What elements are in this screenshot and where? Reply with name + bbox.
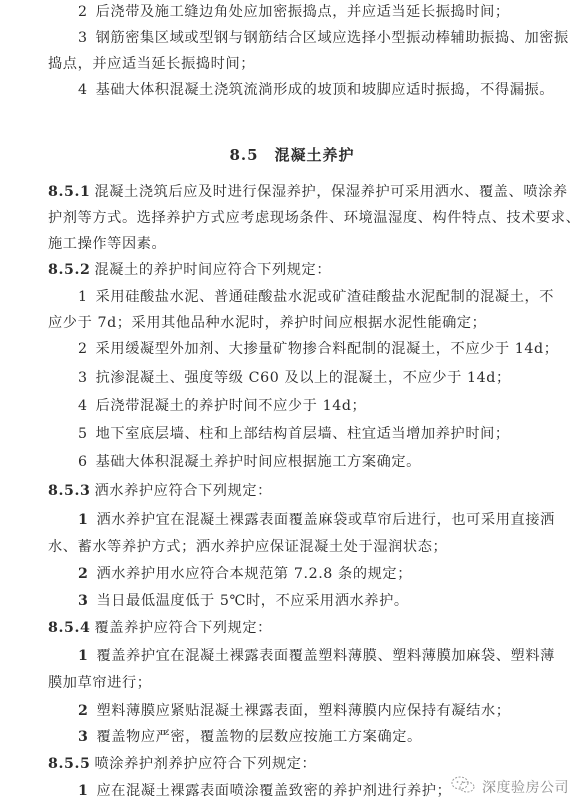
item-text: 基础大体积混凝土浇筑流淌形成的坡顶和坡脚应适时振捣，不得漏振。 [96,82,554,98]
section-title: 混凝土养护 [275,146,355,164]
item-number: 3 [78,28,88,48]
item-number: 4 [78,396,88,416]
section-heading: 8.5混凝土养护 [0,144,584,165]
list-item: 1洒水养护宜在混凝土裸露表面覆盖麻袋或草帘后进行，也可采用直接洒 [78,510,548,530]
clause-text: 护剂等方式。选择养护方式应考虑现场条件、环境温湿度、构件特点、技术要求、 [48,208,548,228]
clause-text: 混凝土浇筑后应及时进行保湿养护，保湿养护可采用洒水、覆盖、喷涂养 [95,184,568,200]
item-number: 1 [78,646,88,666]
item-number: 3 [78,727,88,747]
list-item: 3钢筋密集区域或型钢与钢筋结合区域应选择小型振动棒辅助振捣、加密振 [78,28,548,48]
item-continuation: 水、蓄水等养护方式；洒水养护应保证混凝土处于湿润状态； [48,537,548,557]
item-text: 应在混凝土裸露表面喷涂覆盖致密的养护剂进行养护； [96,783,451,799]
watermark-text: 深度验房公司 [482,777,569,797]
item-number: 1 [78,287,88,307]
clause-number: 8.5.4 [48,620,91,636]
clause-8-5-2: 8.5.2混凝土的养护时间应符合下列规定： [48,260,548,280]
clause-number: 8.5.1 [48,184,91,200]
item-text: 覆盖养护宜在混凝土裸露表面覆盖塑料薄膜、塑料薄膜加麻袋、塑料薄 [96,648,554,664]
item-continuation: 捣点，并应适当延长振捣时间； [48,54,548,74]
item-number: 2 [78,701,88,721]
clause-intro: 混凝土的养护时间应符合下列规定： [95,262,332,278]
item-continuation: 应少于 7d；采用其他品种水泥时，养护时间应根据水泥性能确定； [48,313,548,333]
item-text: 当日最低温度低于 5℃时，不应采用洒水养护。 [96,593,408,609]
list-item: 3当日最低温度低于 5℃时，不应采用洒水养护。 [78,591,548,611]
watermark: 深度验房公司 [450,774,569,800]
list-item: 5地下室底层墙、柱和上部结构首层墙、柱宜适当增加养护时间； [78,424,548,444]
list-item: 3抗渗混凝土、强度等级 C60 及以上的混凝土，不应少于 14d； [78,368,548,388]
item-text: 基础大体积混凝土养护时间应根据施工方案确定。 [96,454,421,470]
item-number: 3 [78,591,88,611]
item-text: 钢筋密集区域或型钢与钢筋结合区域应选择小型振动棒辅助振捣、加密振 [96,30,569,46]
list-item: 2洒水养护用水应符合本规范第 7.2.8 条的规定； [78,564,548,584]
item-number: 6 [78,452,88,472]
item-text: 地下室底层墙、柱和上部结构首层墙、柱宜适当增加养护时间； [96,426,510,442]
list-item: 3覆盖物应严密，覆盖物的层数应按施工方案确定。 [78,727,548,747]
list-item: 2后浇带及施工缝边角处应加密振捣点，并应适当延长振捣时间； [78,2,548,22]
item-text: 抗渗混凝土、强度等级 C60 及以上的混凝土，不应少于 14d； [96,370,511,386]
item-text: 采用硅酸盐水泥、普通硅酸盐水泥或矿渣硅酸盐水泥配制的混凝土，不 [96,289,554,305]
item-text: 覆盖物应严密，覆盖物的层数应按施工方案确定。 [96,729,421,745]
clause-8-5-1: 8.5.1混凝土浇筑后应及时进行保湿养护，保湿养护可采用洒水、覆盖、喷涂养 [48,182,548,202]
list-item: 1采用硅酸盐水泥、普通硅酸盐水泥或矿渣硅酸盐水泥配制的混凝土，不 [78,287,548,307]
list-item: 4后浇带混凝土的养护时间不应少于 14d； [78,396,548,416]
item-text: 采用缓凝型外加剂、大掺量矿物掺合料配制的混凝土，不应少于 14d； [96,341,559,357]
item-text: 洒水养护宜在混凝土裸露表面覆盖麻袋或草帘后进行，也可采用直接洒 [96,512,554,528]
list-item: 1覆盖养护宜在混凝土裸露表面覆盖塑料薄膜、塑料薄膜加麻袋、塑料薄 [78,646,548,666]
document-page: 2后浇带及施工缝边角处应加密振捣点，并应适当延长振捣时间； 3钢筋密集区域或型钢… [0,0,584,809]
section-number: 8.5 [229,146,258,164]
item-number: 4 [78,80,88,100]
item-number: 3 [78,368,88,388]
clause-intro: 覆盖养护应符合下列规定： [95,620,272,636]
item-text: 后浇带及施工缝边角处应加密振捣点，并应适当延长振捣时间； [96,4,510,20]
item-text: 洒水养护用水应符合本规范第 7.2.8 条的规定； [96,566,412,582]
item-text: 后浇带混凝土的养护时间不应少于 14d； [96,398,367,414]
clause-8-5-5: 8.5.5喷涂养护剂养护应符合下列规定： [48,754,548,774]
wechat-icon [450,775,476,799]
item-number: 2 [78,339,88,359]
clause-intro: 喷涂养护剂养护应符合下列规定： [95,756,317,772]
clause-8-5-3: 8.5.3洒水养护应符合下列规定： [48,481,548,501]
item-number: 2 [78,564,88,584]
item-number: 1 [78,781,88,801]
list-item: 2塑料薄膜应紧贴混凝土裸露表面，塑料薄膜内应保持有凝结水； [78,701,548,721]
clause-8-5-4: 8.5.4覆盖养护应符合下列规定： [48,618,548,638]
clause-number: 8.5.2 [48,262,91,278]
clause-text: 施工操作等因素。 [48,234,548,254]
item-text: 塑料薄膜应紧贴混凝土裸露表面，塑料薄膜内应保持有凝结水； [96,703,510,719]
item-continuation: 膜加草帘进行； [48,673,548,693]
list-item: 4基础大体积混凝土浇筑流淌形成的坡顶和坡脚应适时振捣，不得漏振。 [78,80,548,100]
item-number: 5 [78,424,88,444]
list-item: 6基础大体积混凝土养护时间应根据施工方案确定。 [78,452,548,472]
clause-number: 8.5.3 [48,483,91,499]
clause-number: 8.5.5 [48,756,91,772]
list-item: 2采用缓凝型外加剂、大掺量矿物掺合料配制的混凝土，不应少于 14d； [78,339,548,359]
item-number: 1 [78,510,88,530]
clause-intro: 洒水养护应符合下列规定： [95,483,272,499]
item-number: 2 [78,2,88,22]
